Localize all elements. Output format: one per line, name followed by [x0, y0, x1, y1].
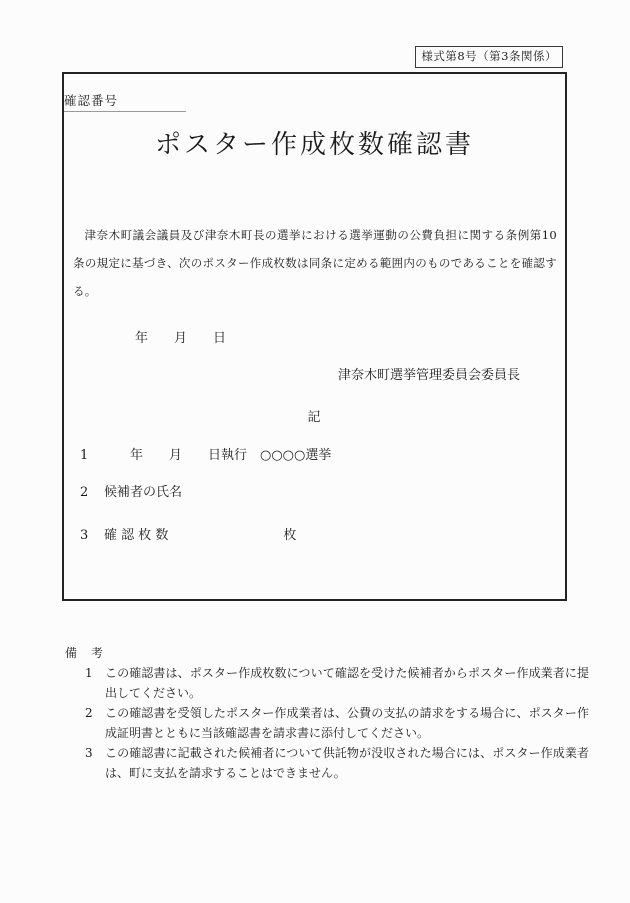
remark-text: この確認書を受領したポスター作成業者は、公費の支払の請求をする場合に、ポスター作… — [105, 703, 589, 743]
item-number: 3 — [80, 529, 104, 543]
document-page: { "form": { "form_number": "様式第8号（第3条関係）… — [0, 0, 630, 903]
remark-item: 1 この確認書は、ポスター作成枚数について確認を受けた候補者からポスター作成業者… — [65, 663, 589, 703]
issuer-line: 津奈木町選挙管理委員会委員長 — [64, 369, 565, 383]
item-number: 2 — [80, 486, 104, 500]
remark-text: この確認書は、ポスター作成枚数について確認を受けた候補者からポスター作成業者に提… — [105, 663, 589, 703]
remarks-heading: 備 考 — [65, 643, 589, 663]
body-paragraph: 津奈木町議会議員及び津奈木町長の選挙における選挙運動の公費負担に関する条例第10… — [73, 221, 557, 305]
item-text: 確 認 枚 数 — [104, 529, 168, 543]
count-unit-label: 枚 — [283, 529, 296, 543]
item-candidate-name: 2 候補者の氏名 — [64, 486, 565, 500]
item-confirmed-count: 3 確 認 枚 数 枚 — [64, 529, 565, 543]
item-election-date: 1 年 月 日執行 ○○○○選挙 — [64, 449, 565, 463]
document-border-box: 確認番号 ポスター作成枚数確認書 津奈木町議会議員及び津奈木町長の選挙における選… — [62, 72, 567, 601]
item-text: 年 月 日執行 ○○○○選挙 — [104, 449, 331, 463]
record-marker: 記 — [64, 411, 565, 425]
remark-number: 1 — [65, 663, 105, 703]
remark-item: 2 この確認書を受領したポスター作成業者は、公費の支払の請求をする場合に、ポスタ… — [65, 703, 589, 743]
item-number: 1 — [80, 449, 104, 463]
remark-number: 2 — [65, 703, 105, 743]
remark-item: 3 この確認書に記載された候補者について供託物が没収された場合には、ポスター作成… — [65, 743, 589, 783]
remark-text: この確認書に記載された候補者について供託物が没収された場合には、ポスター作成業者… — [105, 743, 589, 783]
confirmation-number-field: 確認番号 — [64, 91, 186, 112]
form-number-label: 様式第8号（第3条関係） — [415, 46, 563, 68]
issue-date-line: 年 月 日 — [64, 332, 565, 346]
page-title: ポスター作成枚数確認書 — [64, 127, 565, 163]
remark-number: 3 — [65, 743, 105, 783]
item-text: 候補者の氏名 — [104, 486, 182, 500]
remarks-section: 備 考 1 この確認書は、ポスター作成枚数について確認を受けた候補者からポスター… — [65, 643, 589, 783]
